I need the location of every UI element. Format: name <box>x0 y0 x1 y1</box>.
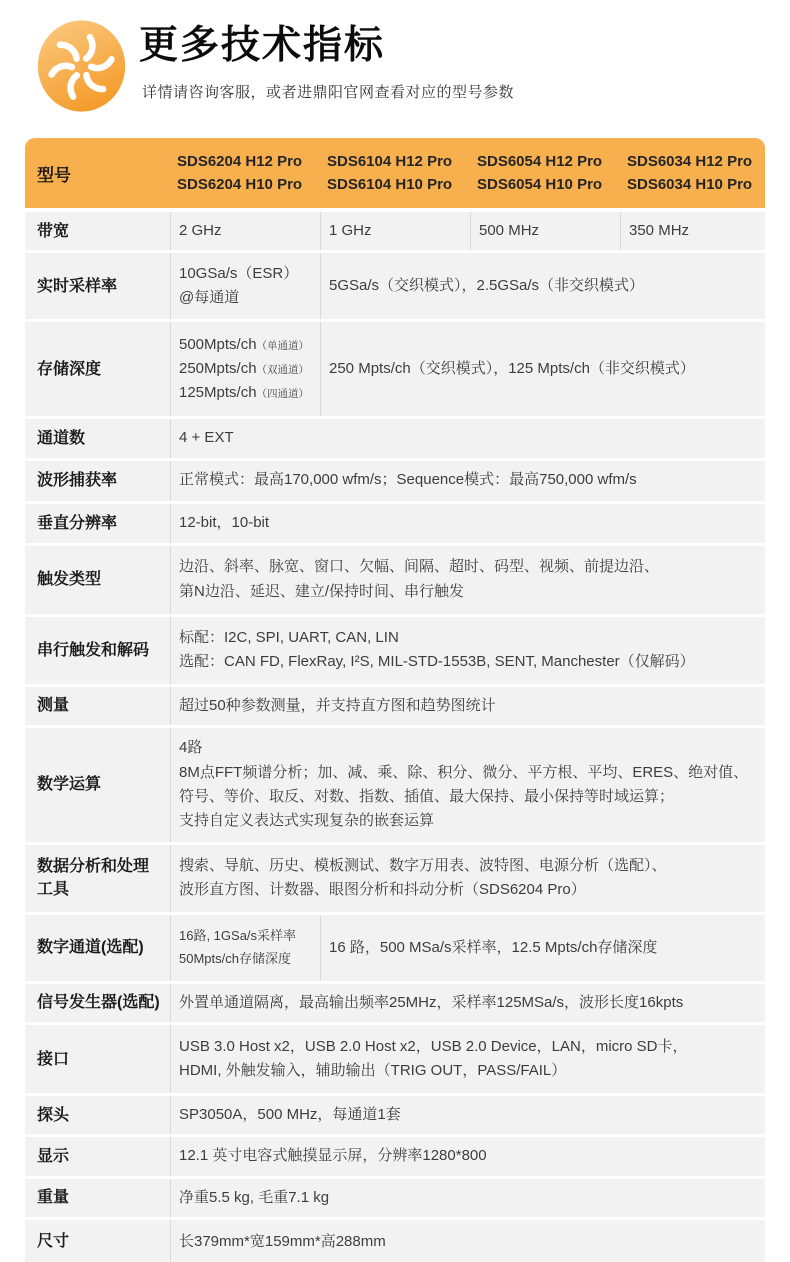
table-row: 数学运算4路8M点FFT频谱分析；加、减、乘、除、积分、微分、平方根、平均、ER… <box>25 728 765 842</box>
row-value: 超过50种参数测量，并支持直方图和趋势图统计 <box>170 687 765 725</box>
row-label: 串行触发和解码 <box>25 617 170 684</box>
spec-table: 型号 SDS6204 H12 ProSDS6204 H10 ProSDS6104… <box>25 138 765 1262</box>
table-row: 数字通道(选配)16路, 1GSa/s采样率50Mpts/ch存储深度16 路，… <box>25 915 765 981</box>
row-value: 长379mm*宽159mm*高288mm <box>170 1220 765 1262</box>
model-column-header: SDS6204 H12 ProSDS6204 H10 Pro <box>170 150 320 197</box>
row-label: 实时采样率 <box>25 253 170 319</box>
title-block: 更多技术指标 详情请咨询客服，或者进鼎阳官网查看对应的型号参数 <box>139 17 514 102</box>
model-column-header: SDS6034 H12 ProSDS6034 H10 Pro <box>620 150 765 197</box>
row-value: 350 MHz <box>620 212 765 250</box>
row-value: 外置单通道隔离，最高输出频率25MHz，采样率125MSa/s，波形长度16kp… <box>170 984 765 1022</box>
row-value: 正常模式：最高170,000 wfm/s；Sequence模式：最高750,00… <box>170 461 765 501</box>
page-title: 更多技术指标 <box>139 24 514 69</box>
row-value: SP3050A，500 MHz，每通道1套 <box>170 1096 765 1134</box>
row-label: 探头 <box>25 1096 170 1134</box>
table-row: 显示12.1 英寸电容式触摸显示屏，分辨率1280*800 <box>25 1137 765 1175</box>
row-value: 500Mpts/ch（单通道）250Mpts/ch（双通道）125Mpts/ch… <box>170 322 320 416</box>
row-value: 净重5.5 kg, 毛重7.1 kg <box>170 1179 765 1217</box>
table-row: 垂直分辨率12-bit，10-bit <box>25 504 765 543</box>
row-value: 4路8M点FFT频谱分析；加、减、乘、除、积分、微分、平方根、平均、ERES、绝… <box>170 728 765 842</box>
row-label: 尺寸 <box>25 1220 170 1262</box>
model-column-header: SDS6054 H12 ProSDS6054 H10 Pro <box>470 150 620 197</box>
page-header: 更多技术指标 详情请咨询客服，或者进鼎阳官网查看对应的型号参数 <box>0 0 790 138</box>
table-row: 接口USB 3.0 Host x2，USB 2.0 Host x2，USB 2.… <box>25 1025 765 1093</box>
row-label: 存储深度 <box>25 322 170 416</box>
model-column-header: SDS6104 H12 ProSDS6104 H10 Pro <box>320 150 470 197</box>
page-subtitle: 详情请咨询客服，或者进鼎阳官网查看对应的型号参数 <box>142 81 514 102</box>
row-label: 数据分析和处理工具 <box>25 845 170 912</box>
row-label: 带宽 <box>25 212 170 250</box>
row-label: 重量 <box>25 1179 170 1217</box>
table-row: 带宽2 GHz1 GHz500 MHz350 MHz <box>25 212 765 250</box>
table-row: 信号发生器(选配)外置单通道隔离，最高输出频率25MHz，采样率125MSa/s… <box>25 984 765 1022</box>
row-label: 触发类型 <box>25 546 170 614</box>
row-value: 边沿、斜率、脉宽、窗口、欠幅、间隔、超时、码型、视频、前提边沿、第N边沿、延迟、… <box>170 546 765 614</box>
row-value: 2 GHz <box>170 212 320 250</box>
row-value: 250 Mpts/ch（交织模式），125 Mpts/ch（非交织模式） <box>320 322 765 416</box>
row-label: 显示 <box>25 1137 170 1175</box>
row-label: 波形捕获率 <box>25 461 170 501</box>
row-label: 数学运算 <box>25 728 170 842</box>
row-label: 测量 <box>25 687 170 725</box>
row-value: 12.1 英寸电容式触摸显示屏，分辨率1280*800 <box>170 1137 765 1175</box>
row-value: 1 GHz <box>320 212 470 250</box>
row-value: 500 MHz <box>470 212 620 250</box>
row-label: 信号发生器(选配) <box>25 984 170 1022</box>
table-row: 存储深度500Mpts/ch（单通道）250Mpts/ch（双通道）125Mpt… <box>25 322 765 416</box>
row-value: 10GSa/s（ESR）@每通道 <box>170 253 320 319</box>
table-row: 重量净重5.5 kg, 毛重7.1 kg <box>25 1179 765 1217</box>
table-row: 波形捕获率正常模式：最高170,000 wfm/s；Sequence模式：最高7… <box>25 461 765 501</box>
row-label: 数字通道(选配) <box>25 915 170 981</box>
row-value: 16路, 1GSa/s采样率50Mpts/ch存储深度 <box>170 915 320 981</box>
row-value: 标配：I2C, SPI, UART, CAN, LIN选配：CAN FD, Fl… <box>170 617 765 684</box>
table-row: 触发类型边沿、斜率、脉宽、窗口、欠幅、间隔、超时、码型、视频、前提边沿、第N边沿… <box>25 546 765 614</box>
row-label: 垂直分辨率 <box>25 504 170 543</box>
row-value: 4 + EXT <box>170 419 765 457</box>
row-value: 5GSa/s（交织模式），2.5GSa/s（非交织模式） <box>320 253 765 319</box>
row-label: 通道数 <box>25 419 170 457</box>
table-row: 串行触发和解码标配：I2C, SPI, UART, CAN, LIN选配：CAN… <box>25 617 765 684</box>
table-row: 通道数4 + EXT <box>25 419 765 457</box>
row-value: 16 路，500 MSa/s采样率，12.5 Mpts/ch存储深度 <box>320 915 765 981</box>
table-row: 实时采样率10GSa/s（ESR）@每通道5GSa/s（交织模式），2.5GSa… <box>25 253 765 319</box>
swirl-icon <box>35 17 128 115</box>
row-value: USB 3.0 Host x2，USB 2.0 Host x2，USB 2.0 … <box>170 1025 765 1093</box>
table-row: 尺寸长379mm*宽159mm*高288mm <box>25 1220 765 1262</box>
row-value: 搜索、导航、历史、模板测试、数字万用表、波特图、电源分析（选配）、波形直方图、计… <box>170 845 765 912</box>
table-row: 测量超过50种参数测量，并支持直方图和趋势图统计 <box>25 687 765 725</box>
table-row: 探头SP3050A，500 MHz，每通道1套 <box>25 1096 765 1134</box>
row-value: 12-bit，10-bit <box>170 504 765 543</box>
table-body: 带宽2 GHz1 GHz500 MHz350 MHz实时采样率10GSa/s（E… <box>25 212 765 1262</box>
table-header-row: 型号 SDS6204 H12 ProSDS6204 H10 ProSDS6104… <box>25 138 765 208</box>
brand-logo <box>35 17 128 115</box>
header-label: 型号 <box>25 161 170 186</box>
row-label: 接口 <box>25 1025 170 1093</box>
table-row: 数据分析和处理工具搜索、导航、历史、模板测试、数字万用表、波特图、电源分析（选配… <box>25 845 765 912</box>
